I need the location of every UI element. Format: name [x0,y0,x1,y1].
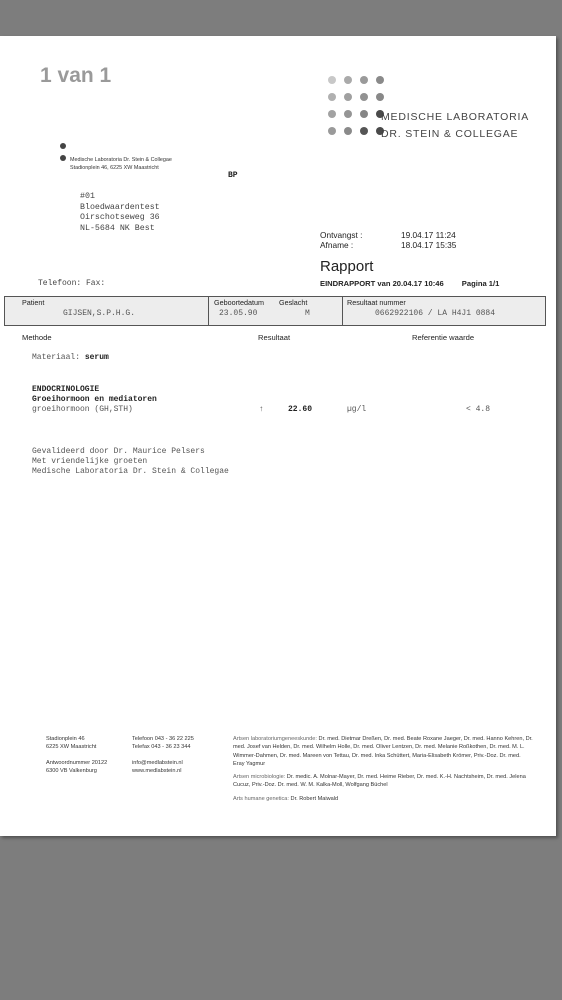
logo-dot-icon [376,93,384,101]
logo-dot-icon [328,76,336,84]
signature-line: Medische Laboratoria Dr. Stein & Collega… [32,467,229,477]
lab-doctors-label: Artsen laboratoriumgeneeskunde: [233,736,317,742]
contact-line: Telefoon: Fax: [38,279,105,288]
bullet-icon [60,155,66,161]
sender-line-1: Medische Laboratoria Dr. Stein & Collega… [70,156,172,164]
result-value: 22.60 [288,405,312,414]
result-number-value: 0662922106 / LA H4J1 0884 [375,309,495,318]
patient-name: GIJSEN,S.P.H.G. [63,309,135,318]
patient-info-box: Patient GIJSEN,S.P.H.G. Geboortedatum 23… [4,296,546,326]
sex-label: Geslacht [279,298,307,307]
logo-dot-icon [376,76,384,84]
patient-cell: Patient GIJSEN,S.P.H.G. [5,297,209,325]
genetics-label: Arts humane genetica: [233,796,289,802]
bullet-icon [60,143,66,149]
column-result: Resultaat [258,333,290,342]
footer-address-line: Stadionplein 46 [46,735,107,743]
report-title: Rapport [320,258,373,275]
document-code: BP [228,171,238,180]
signature-line: Met vriendelijke groeten [32,457,229,467]
signature-line: Gevalideerd door Dr. Maurice Pelsers [32,447,229,457]
footer-postbox-line: Antwoordnummer 20122 [46,759,107,767]
footer-address: Stadionplein 46 6225 XW Maastricht Antwo… [46,735,107,775]
logo-dot-icon [328,93,336,101]
genetics-doctor: Arts humane genetica: Dr. Robert Maiwald [233,795,533,803]
logo-dot-icon [344,93,352,101]
column-reference: Referentie waarde [412,333,474,342]
reference-value: < 4.8 [466,405,490,414]
signature-block: Gevalideerd door Dr. Maurice Pelsers Met… [32,447,229,477]
logo-dot-icon [344,76,352,84]
material: Materiaal: serum [32,353,109,362]
sender-address: Medische Laboratoria Dr. Stein & Collega… [70,156,172,172]
dob-value: 23.05.90 [219,309,257,318]
footer-doctors: Artsen laboratoriumgeneeskunde: Dr. med.… [233,735,533,803]
recipient-address: #01 Bloedwaardentest Oirschotseweg 36 NL… [80,192,160,234]
logo-dot-icon [344,110,352,118]
document-page: 1 van 1 MEDISCHE LABORATORIA DR. STEIN &… [0,36,556,836]
collected-label: Afname : [320,240,401,250]
received-label: Ontvangst : [320,230,401,240]
sex-value: M [305,309,310,318]
page-number: Pagina 1/1 [462,279,500,288]
footer-phone: Telefoon 043 - 36 22 225 [132,735,194,743]
lab-doctors: Artsen laboratoriumgeneeskunde: Dr. med.… [233,735,533,768]
result-unit: µg/l [347,405,366,414]
high-flag-icon: ↑ [259,405,264,414]
result-number-cell: Resultaat nummer 0662922106 / LA H4J1 08… [343,297,545,325]
collected-value: 18.04.17 15:35 [401,240,456,250]
genetics-name: Dr. Robert Maiwald [289,796,338,802]
recipient-line: #01 [80,192,160,203]
section-title: ENDOCRINOLOGIE [32,385,157,395]
received-value: 19.04.17 11:24 [401,230,456,240]
lab-logo-text: MEDISCHE LABORATORIA DR. STEIN & COLLEGA… [381,109,529,143]
test-section: ENDOCRINOLOGIE Groeihormoon en mediatore… [32,385,157,405]
logo-dot-icon [360,93,368,101]
dob-label: Geboortedatum [214,298,264,307]
logo-dot-icon [344,127,352,135]
footer-postbox-line: 6300 VB Valkenburg [46,767,107,775]
logo-dot-icon [360,127,368,135]
micro-doctors: Artsen microbiologie: Dr. medic. A. Moln… [233,773,533,790]
logo-line-1: MEDISCHE LABORATORIA [381,109,529,126]
footer-web-link[interactable]: www.medlabstein.nl [132,767,194,775]
logo-dot-icon [360,110,368,118]
sender-line-2: Stadionplein 46, 6225 XW Maastricht [70,164,172,172]
page-indicator: 1 van 1 [40,64,111,88]
footer-address-line: 6225 XW Maastricht [46,743,107,751]
material-value: serum [85,353,109,362]
recipient-line: NL-5684 NK Best [80,224,160,235]
footer-contact: Telefoon 043 - 36 22 225 Telefax 043 - 3… [132,735,194,775]
dob-sex-cell: Geboortedatum 23.05.90 Geslacht M [209,297,343,325]
logo-line-2: DR. STEIN & COLLEGAE [381,126,529,143]
section-subtitle: Groeihormoon en mediatoren [32,395,157,405]
result-number-label: Resultaat nummer [347,298,406,307]
recipient-line: Oirschotseweg 36 [80,213,160,224]
micro-doctors-label: Artsen microbiologie: [233,774,285,780]
recipient-line: Bloedwaardentest [80,203,160,214]
logo-dot-icon [328,127,336,135]
column-method: Methode [22,333,52,342]
logo-dot-icon [360,76,368,84]
footer-fax: Telefax 043 - 36 23 344 [132,743,194,751]
final-report-date: EINDRAPPORT van 20.04.17 10:46 [320,279,444,288]
report-subtitle: EINDRAPPORT van 20.04.17 10:46 Pagina 1/… [320,279,499,288]
test-name: groeihormoon (GH,STH) [32,405,133,414]
patient-label: Patient [22,298,44,307]
sample-dates: Ontvangst :19.04.17 11:24 Afname :18.04.… [320,230,456,250]
logo-dot-icon [328,110,336,118]
material-label: Materiaal: [32,353,80,362]
footer-email-link[interactable]: info@medlabstein.nl [132,759,194,767]
